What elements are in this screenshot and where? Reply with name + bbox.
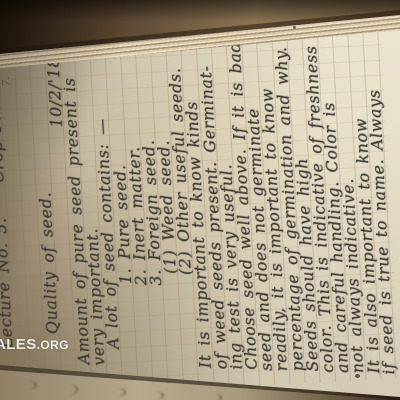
ink-dot <box>293 26 296 29</box>
watermark: ALES.ORG <box>0 336 69 354</box>
watermark-name: ALES <box>0 336 37 353</box>
watermark-tld: .ORG <box>37 338 69 352</box>
ink-dot <box>355 374 360 378</box>
photo-scene: Lecture No. 5. Crop Production.Quality o… <box>0 0 400 400</box>
page-number-mark: 7. <box>1 76 12 86</box>
under-page-writing-mark <box>206 393 223 400</box>
